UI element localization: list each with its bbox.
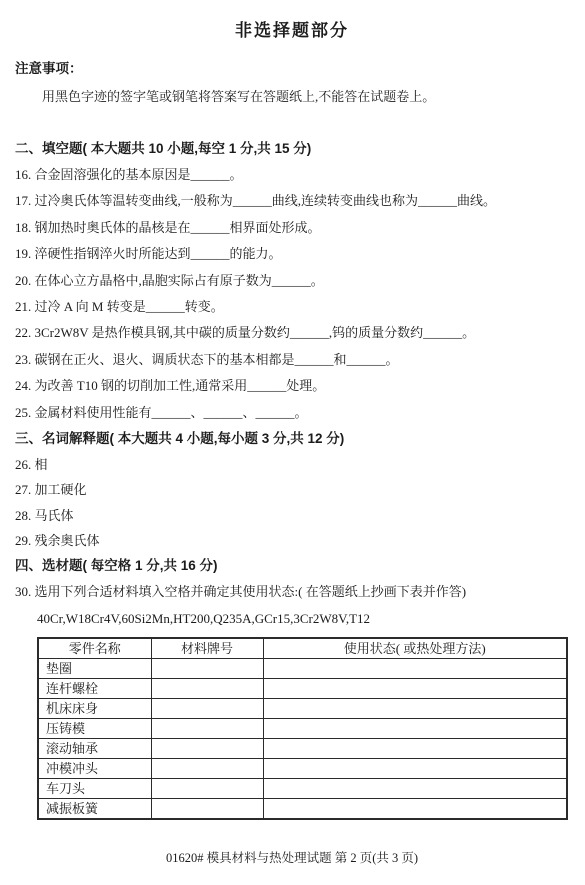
- table-row: 机床床身: [38, 698, 567, 718]
- section-heading-definitions: 三、名词解释题( 本大题共 4 小题,每小题 3 分,共 12 分): [15, 426, 569, 452]
- question-item-21: 21. 过冷 A 向 M 转变是______转变。: [15, 294, 569, 320]
- notice-heading: 注意事项：: [15, 60, 569, 77]
- material-grade-blank-cell: [151, 738, 263, 758]
- question-item-28: 28. 马氏体: [15, 503, 569, 528]
- part-name-cell: 冲模冲头: [38, 758, 151, 778]
- question-item-29: 29. 残余奥氏体: [15, 528, 569, 553]
- notice-text: 用黑色字迹的签字笔或钢笔将答案写在答题纸上,不能答在试题卷上。: [15, 88, 569, 105]
- material-grade-blank-cell: [151, 698, 263, 718]
- usage-state-blank-cell: [263, 798, 567, 819]
- table-row: 减振板簧: [38, 798, 567, 819]
- material-grade-blank-cell: [151, 718, 263, 738]
- page-title: 非选择题部分: [15, 20, 569, 42]
- table-row: 冲模冲头: [38, 758, 567, 778]
- usage-state-blank-cell: [263, 718, 567, 738]
- part-name-cell: 压铸模: [38, 718, 151, 738]
- question-item-27: 27. 加工硬化: [15, 477, 569, 502]
- material-grade-blank-cell: [151, 678, 263, 698]
- usage-state-blank-cell: [263, 658, 567, 678]
- part-name-cell: 机床床身: [38, 698, 151, 718]
- table-row: 车刀头: [38, 778, 567, 798]
- material-grade-blank-cell: [151, 778, 263, 798]
- usage-state-blank-cell: [263, 678, 567, 698]
- table-header-part-name: 零件名称: [38, 638, 151, 659]
- table-row: 连杆螺栓: [38, 678, 567, 698]
- table-row: 滚动轴承: [38, 738, 567, 758]
- question-item-18: 18. 钢加热时奥氏体的晶核是在______相界面处形成。: [15, 215, 569, 241]
- material-selection-table: 零件名称 材料牌号 使用状态( 或热处理方法) 垫圈 连杆螺栓 机床床身: [37, 637, 568, 820]
- part-name-cell: 车刀头: [38, 778, 151, 798]
- page-footer: 01620# 模具材料与热处理试题 第 2 页(共 3 页): [15, 850, 569, 867]
- usage-state-blank-cell: [263, 698, 567, 718]
- question-item-23: 23. 碳钢在正火、退火、调质状态下的基本相都是______和______。: [15, 347, 569, 373]
- usage-state-blank-cell: [263, 758, 567, 778]
- part-name-cell: 滚动轴承: [38, 738, 151, 758]
- usage-state-blank-cell: [263, 778, 567, 798]
- exam-page: 非选择题部分 注意事项： 用黑色字迹的签字笔或钢笔将答案写在答题纸上,不能答在试…: [0, 0, 585, 885]
- table-header-row: 零件名称 材料牌号 使用状态( 或热处理方法): [38, 638, 567, 659]
- usage-state-blank-cell: [263, 738, 567, 758]
- material-grade-blank-cell: [151, 798, 263, 819]
- part-name-cell: 减振板簧: [38, 798, 151, 819]
- question-item-19: 19. 淬硬性指钢淬火时所能达到______的能力。: [15, 241, 569, 267]
- question-item-17: 17. 过冷奥氏体等温转变曲线,一般称为______曲线,连续转变曲线也称为__…: [15, 188, 569, 214]
- section-heading-fill-blank: 二、填空题( 本大题共 10 小题,每空 1 分,共 15 分): [15, 136, 569, 162]
- material-grade-blank-cell: [151, 658, 263, 678]
- question-item-26: 26. 相: [15, 452, 569, 477]
- question-item-22: 22. 3Cr2W8V 是热作模具钢,其中碳的质量分数约______,钨的质量分…: [15, 320, 569, 346]
- question-item-24: 24. 为改善 T10 钢的切削加工性,通常采用______处理。: [15, 373, 569, 399]
- part-name-cell: 连杆螺栓: [38, 678, 151, 698]
- question-item-30: 30. 选用下列合适材料填入空格并确定其使用状态:( 在答题纸上抄画下表并作答): [15, 579, 569, 605]
- table-row: 压铸模: [38, 718, 567, 738]
- question-item-25: 25. 金属材料使用性能有______、______、______。: [15, 400, 569, 426]
- material-grade-blank-cell: [151, 758, 263, 778]
- table-header-material-grade: 材料牌号: [151, 638, 263, 659]
- section-heading-selection: 四、选材题( 每空格 1 分,共 16 分): [15, 553, 569, 579]
- part-name-cell: 垫圈: [38, 658, 151, 678]
- table-row: 垫圈: [38, 658, 567, 678]
- materials-list: 40Cr,W18Cr4V,60Si2Mn,HT200,Q235A,GCr15,3…: [15, 606, 569, 632]
- table-header-usage-state: 使用状态( 或热处理方法): [263, 638, 567, 659]
- question-item-16: 16. 合金固溶强化的基本原因是______。: [15, 162, 569, 188]
- question-item-20: 20. 在体心立方晶格中,晶胞实际占有原子数为______。: [15, 268, 569, 294]
